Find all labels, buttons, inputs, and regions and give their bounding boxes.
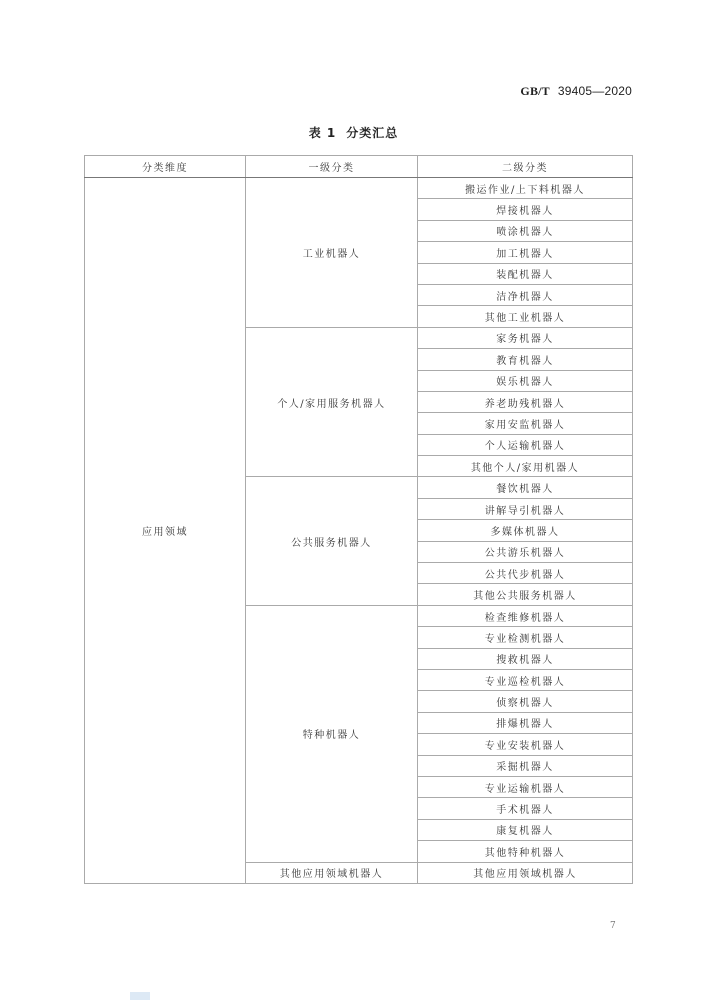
level2-cell: 公共游乐机器人 <box>418 541 633 562</box>
column-header-level2: 二级分类 <box>418 156 633 178</box>
level2-cell: 检查维修机器人 <box>418 605 633 626</box>
column-header-dimension: 分类维度 <box>85 156 246 178</box>
level2-cell: 搜救机器人 <box>418 648 633 669</box>
level2-cell: 专业巡检机器人 <box>418 669 633 690</box>
level2-cell: 其他工业机器人 <box>418 306 633 327</box>
level1-cell-industrial: 工业机器人 <box>246 178 418 328</box>
level2-cell: 焊接机器人 <box>418 199 633 220</box>
level2-cell: 娱乐机器人 <box>418 370 633 391</box>
scan-artifact <box>130 992 150 1000</box>
level2-cell: 养老助残机器人 <box>418 391 633 412</box>
standard-year-number: 39405—2020 <box>558 84 632 98</box>
level2-cell: 家用安监机器人 <box>418 413 633 434</box>
standard-number: GB/T 39405—2020 <box>520 84 632 99</box>
level2-cell: 侦察机器人 <box>418 691 633 712</box>
level2-cell: 排爆机器人 <box>418 712 633 733</box>
column-header-level1: 一级分类 <box>246 156 418 178</box>
level2-cell: 采掘机器人 <box>418 755 633 776</box>
level2-cell: 教育机器人 <box>418 349 633 370</box>
level2-cell: 喷涂机器人 <box>418 220 633 241</box>
level2-cell: 个人运输机器人 <box>418 434 633 455</box>
table-caption-label: 表 1 <box>309 126 337 140</box>
level2-cell: 手术机器人 <box>418 798 633 819</box>
level2-cell: 餐饮机器人 <box>418 477 633 498</box>
level2-cell: 其他特种机器人 <box>418 841 633 862</box>
table-row: 应用领域 工业机器人 搬运作业/上下料机器人 <box>85 178 633 199</box>
level2-cell: 专业安装机器人 <box>418 734 633 755</box>
dimension-cell: 应用领域 <box>85 178 246 884</box>
level2-cell: 康复机器人 <box>418 819 633 840</box>
page-number: 7 <box>610 921 616 931</box>
level1-cell-special: 特种机器人 <box>246 605 418 862</box>
classification-table: 分类维度 一级分类 二级分类 应用领域 工业机器人 搬运作业/上下料机器人 焊接… <box>84 155 633 884</box>
level2-cell: 多媒体机器人 <box>418 520 633 541</box>
table-caption: 表 1分类汇总 <box>0 124 707 141</box>
level2-cell: 加工机器人 <box>418 242 633 263</box>
level2-cell: 洁净机器人 <box>418 284 633 305</box>
level2-cell: 讲解导引机器人 <box>418 498 633 519</box>
level2-cell: 家务机器人 <box>418 327 633 348</box>
level2-cell: 其他个人/家用机器人 <box>418 456 633 477</box>
level1-cell-other: 其他应用领域机器人 <box>246 862 418 883</box>
table-caption-title: 分类汇总 <box>346 126 398 140</box>
level2-cell: 其他应用领域机器人 <box>418 862 633 883</box>
level1-cell-public: 公共服务机器人 <box>246 477 418 605</box>
level2-cell: 公共代步机器人 <box>418 563 633 584</box>
level2-cell: 装配机器人 <box>418 263 633 284</box>
level2-cell: 专业运输机器人 <box>418 776 633 797</box>
level1-cell-personal: 个人/家用服务机器人 <box>246 327 418 477</box>
standard-code: GB/T <box>520 84 549 98</box>
level2-cell: 其他公共服务机器人 <box>418 584 633 605</box>
table-header-row: 分类维度 一级分类 二级分类 <box>85 156 633 178</box>
level2-cell: 专业检测机器人 <box>418 627 633 648</box>
level2-cell: 搬运作业/上下料机器人 <box>418 178 633 199</box>
